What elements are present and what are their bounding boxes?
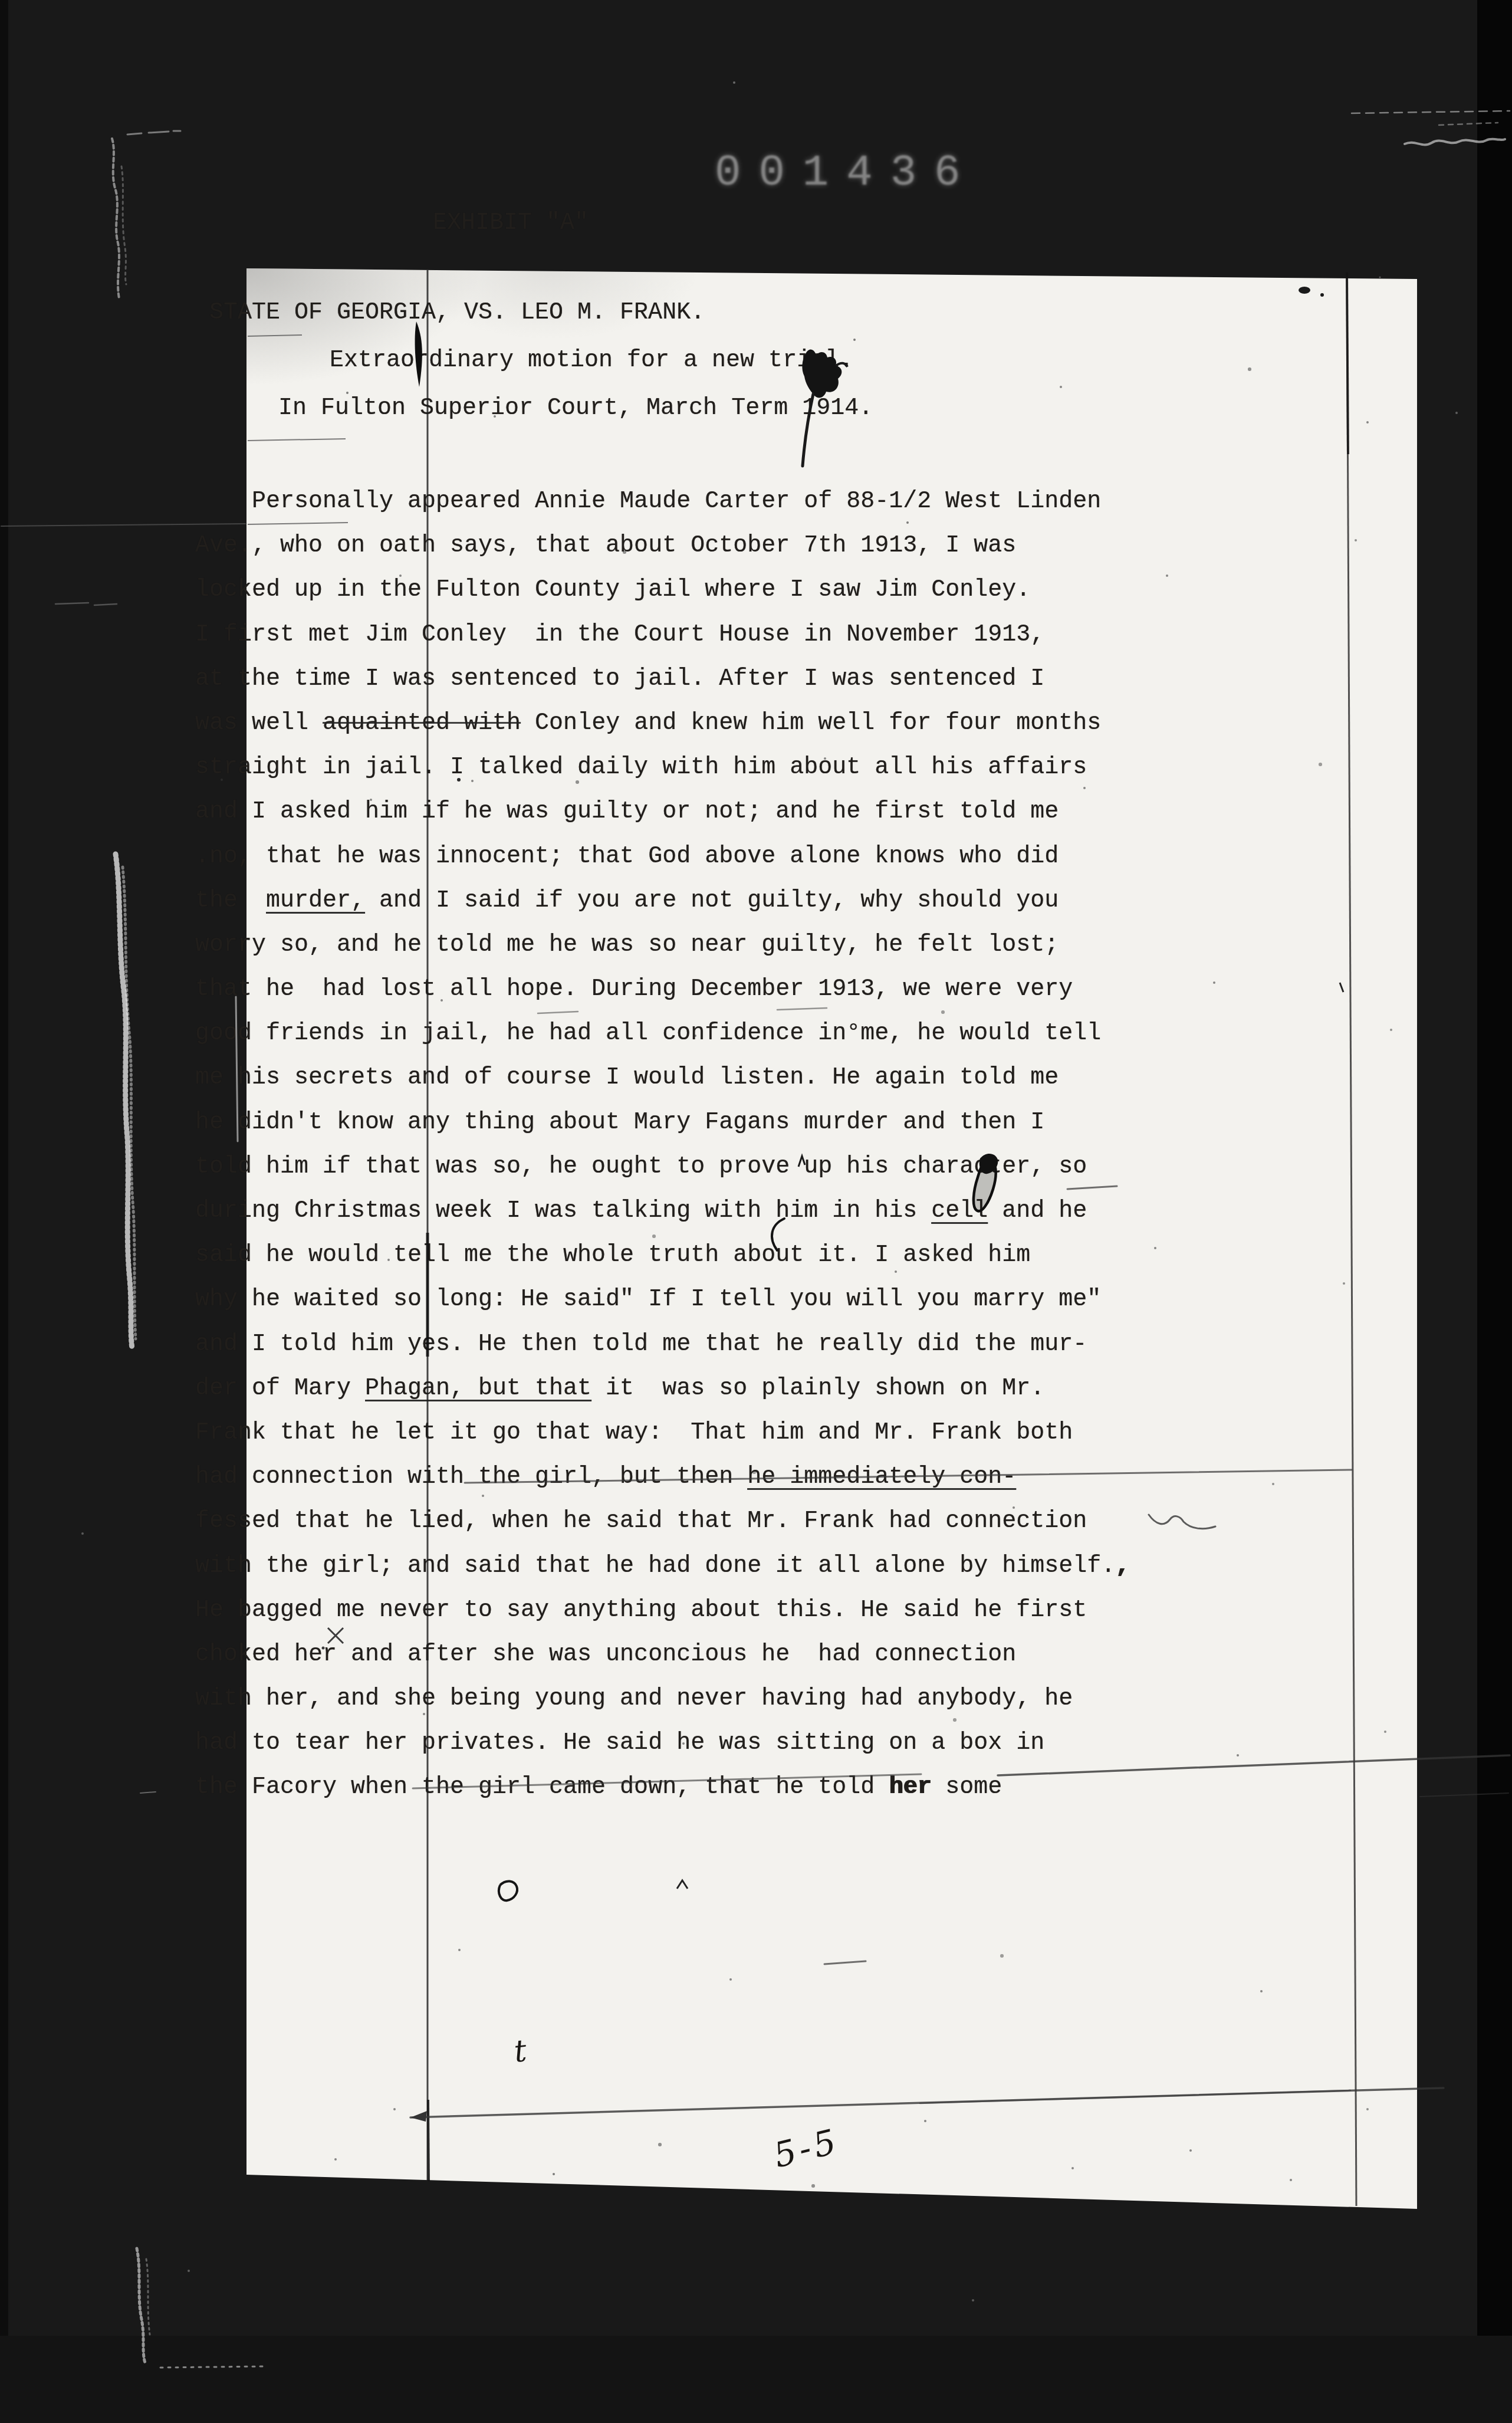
film-dust-4 bbox=[972, 2299, 974, 2301]
typed-line: the Facory when the girl came down, that… bbox=[195, 1765, 1129, 1810]
typed-line: that he had lost all hope. During Decemb… bbox=[195, 967, 1129, 1012]
film-dashes-top-left bbox=[127, 131, 180, 134]
typed-line: and I asked him if he was guilty or not;… bbox=[195, 790, 1129, 834]
typed-line: was well aquainted with Conley and knew … bbox=[195, 701, 1129, 746]
exhibit-heading: EXHIBIT "A" bbox=[433, 210, 589, 237]
caption-case-title: STATE OF GEORGIA, VS. LEO M. FRANK. bbox=[209, 300, 705, 326]
typed-line: with the girl; and said that he had done… bbox=[195, 1544, 1129, 1588]
film-scratch-mid-left bbox=[116, 854, 132, 1348]
film-scratch-top-left bbox=[112, 139, 119, 298]
typed-line: Frank that he let it go that way: That h… bbox=[195, 1411, 1129, 1455]
caption-motion-line: Extraordinary motion for a new trial. bbox=[330, 347, 853, 374]
typed-body: Personally appeared Annie Maude Carter o… bbox=[195, 480, 1129, 1810]
frame-number-stamp: 001436 bbox=[715, 149, 978, 198]
typed-line: good friends in jail, he had all confide… bbox=[195, 1012, 1129, 1056]
typed-line: worry so, and he told me he was so near … bbox=[195, 923, 1129, 967]
typed-line: had to tear her privates. He said he was… bbox=[195, 1721, 1129, 1765]
typed-line: I first met Jim Conley in the Court Hous… bbox=[195, 613, 1129, 657]
film-dust-1 bbox=[733, 81, 735, 84]
film-scratch-mid-left-2 bbox=[123, 867, 136, 1339]
film-dust-3 bbox=[188, 2270, 190, 2272]
background-fragment-left bbox=[140, 1792, 156, 1793]
film-dust-6 bbox=[81, 1532, 84, 1535]
typed-line: Personally appeared Annie Maude Carter o… bbox=[195, 480, 1129, 524]
background-dashes-left bbox=[55, 603, 117, 605]
film-edge-band-right bbox=[1477, 0, 1512, 2423]
typed-line: he didn't know any thing about Mary Faga… bbox=[195, 1101, 1129, 1145]
typed-line: told him if that was so, he ought to pro… bbox=[195, 1145, 1129, 1189]
film-scan-background: 001436 EXHIBIT "A" STATE OF GEORGIA, VS.… bbox=[0, 0, 1512, 2423]
typed-line: Ave., who on oath says, that about Octob… bbox=[195, 524, 1129, 568]
typed-line: with her, and she being young and never … bbox=[195, 1677, 1129, 1721]
typed-line: fessed that he lied, when he said that M… bbox=[195, 1499, 1129, 1544]
typed-line: me his secrets and of course I would lis… bbox=[195, 1056, 1129, 1100]
typed-line: at the time I was sentenced to jail. Aft… bbox=[195, 657, 1129, 701]
caption-court-term-line: In Fulton Superior Court, March Term 191… bbox=[278, 395, 873, 422]
film-edge-band-bottom bbox=[0, 2336, 1512, 2423]
film-edge-band-left bbox=[0, 0, 8, 2423]
typed-line: straight in jail. I talked daily with hi… bbox=[195, 746, 1129, 790]
typed-line: choked her and after she was unconcious … bbox=[195, 1633, 1129, 1677]
film-dust-5 bbox=[1379, 277, 1381, 278]
film-scratch-top-left-2 bbox=[121, 166, 126, 284]
film-scratch-bottom-left-2 bbox=[146, 2259, 150, 2335]
paper-speckles bbox=[246, 268, 248, 270]
typed-line: said he would tell me the whole truth ab… bbox=[195, 1233, 1129, 1278]
typed-line: der of Mary Phagan, but that it was so p… bbox=[195, 1367, 1129, 1411]
typed-line: He bagged me never to say anything about… bbox=[195, 1588, 1129, 1633]
typed-line: and I told him yes. He then told me that… bbox=[195, 1322, 1129, 1367]
typed-line: .no, that he was innocent; that God abov… bbox=[195, 835, 1129, 879]
typed-line: the murder, and I said if you are not gu… bbox=[195, 879, 1129, 923]
typed-line: had connection with the girl, but then h… bbox=[195, 1455, 1129, 1499]
film-dust-2 bbox=[1455, 412, 1458, 414]
typed-line: locked up in the Fulton County jail wher… bbox=[195, 568, 1129, 612]
typed-line: during Christmas week I was talking with… bbox=[195, 1189, 1129, 1233]
typed-line: why he waited so long: He said" If I tel… bbox=[195, 1278, 1129, 1322]
